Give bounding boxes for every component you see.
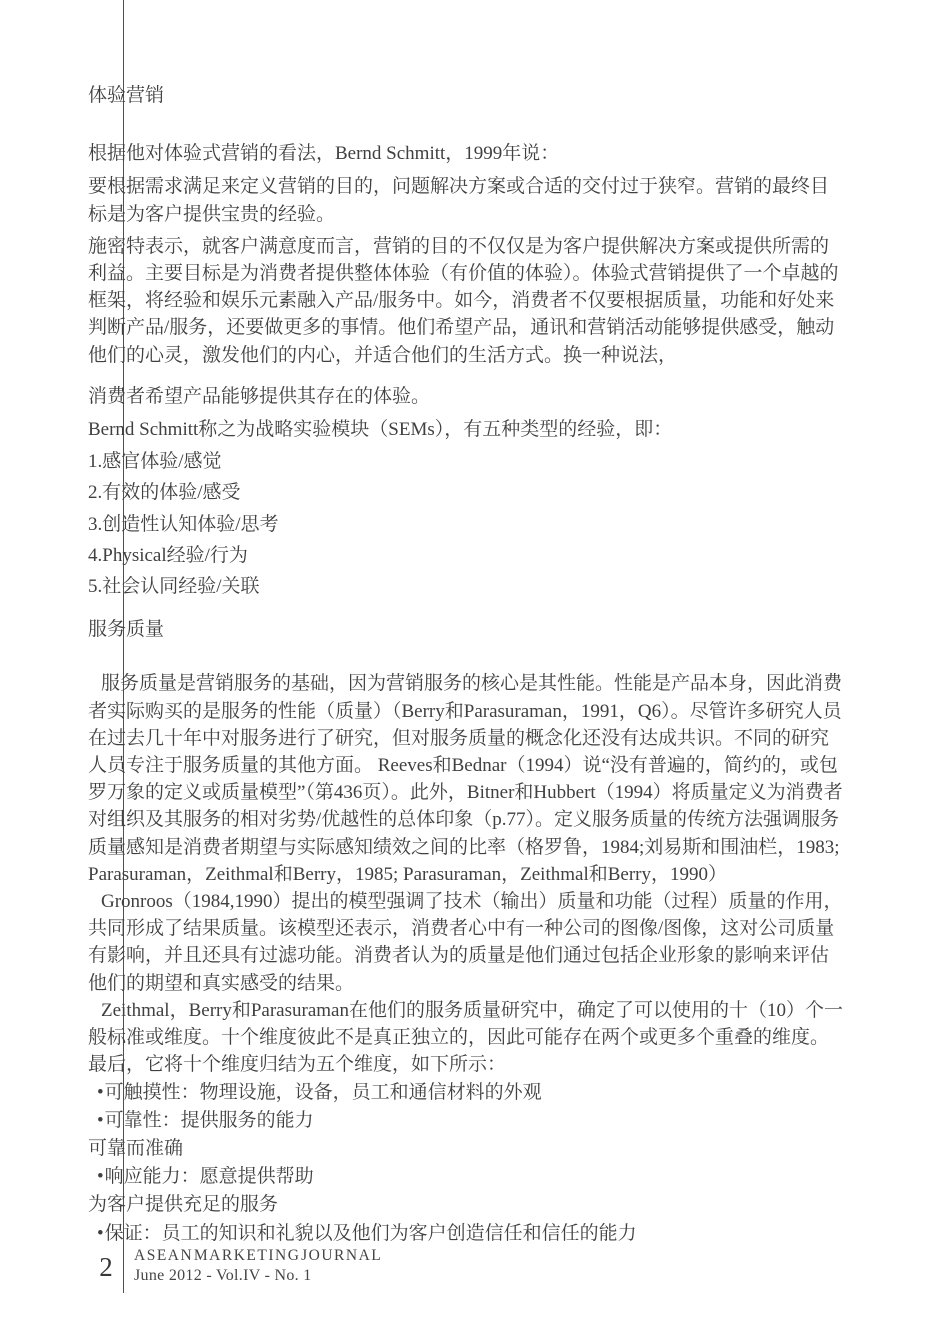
bullet-icon: • <box>97 1110 105 1131</box>
page-body: 体验营销 根据他对体验式营销的看法，Bernd Schmitt，1999年说： … <box>88 82 846 1248</box>
journal-name: ASEAN MARKETING JOURNAL <box>134 1246 382 1266</box>
bullet-item-reliability-continuation: 可靠而准确 <box>88 1135 846 1162</box>
list-item-relate: 5.社会认同经验/关联 <box>88 573 846 600</box>
bullet-item-reliability: •可靠性：提供服务的能力 <box>88 1107 846 1134</box>
bullet-item-tangibles: •可触摸性：物理设施，设备，员工和通信材料的外观 <box>88 1079 846 1106</box>
paragraph-marketing-purpose-quote: 要根据需求满足来定义营销的目的，问题解决方案或合适的交付过于狭窄。营销的最终目标… <box>88 173 846 227</box>
bullet-item-text: 可触摸性：物理设施，设备，员工和通信材料的外观 <box>105 1082 542 1103</box>
section-heading-experiential-marketing: 体验营销 <box>88 82 846 109</box>
paragraph-zeithmal-dimensions: Zeithmal，Berry和Parasuraman在他们的服务质量研究中，确定… <box>88 997 846 1079</box>
bullet-icon: • <box>97 1082 105 1103</box>
list-item-think: 3.创造性认知体验/思考 <box>88 511 846 538</box>
paragraph-experiential-marketing-body: 施密特表示，就客户满意度而言，营销的目的不仅仅是为客户提供解决方案或提供所需的利… <box>88 233 846 369</box>
bullet-item-responsiveness: •响应能力：愿意提供帮助 <box>88 1163 846 1190</box>
dimension-bullet-list: •可触摸性：物理设施，设备，员工和通信材料的外观 •可靠性：提供服务的能力 可靠… <box>88 1079 846 1247</box>
list-item-feel: 2.有效的体验/感受 <box>88 479 846 506</box>
sems-numbered-list: 1.感官体验/感觉 2.有效的体验/感受 3.创造性认知体验/思考 4.Phys… <box>88 448 846 600</box>
page-number: 2 <box>88 1244 124 1282</box>
journal-issue: June 2012 - Vol.IV - No. 1 <box>134 1266 382 1286</box>
paragraph-schmitt-intro: 根据他对体验式营销的看法，Bernd Schmitt，1999年说： <box>88 140 846 167</box>
paragraph-sems-intro: Bernd Schmitt称之为战略实验模块（SEMs），有五种类型的经验，即： <box>88 416 846 443</box>
bullet-item-text: 响应能力：愿意提供帮助 <box>105 1166 314 1187</box>
bullet-icon: • <box>97 1223 105 1244</box>
section-heading-service-quality: 服务质量 <box>88 616 846 643</box>
bullet-item-assurance: •保证：员工的知识和礼貌以及他们为客户创造信任和信任的能力 <box>88 1220 846 1247</box>
list-item-sense: 1.感官体验/感觉 <box>88 448 846 475</box>
paragraph-gronroos-model: Gronroos（1984,1990）提出的模型强调了技术（输出）质量和功能（过… <box>88 888 846 997</box>
journal-info: ASEAN MARKETING JOURNAL June 2012 - Vol.… <box>124 1244 382 1286</box>
bullet-item-text: 可靠而准确 <box>88 1138 183 1159</box>
page-footer: 2 ASEAN MARKETING JOURNAL June 2012 - Vo… <box>88 1244 382 1286</box>
bullet-icon: • <box>97 1166 105 1187</box>
bullet-item-text: 为客户提供充足的服务 <box>88 1194 278 1215</box>
bullet-item-text: 保证：员工的知识和礼貌以及他们为客户创造信任和信任的能力 <box>105 1223 637 1244</box>
paragraph-consumer-expectation: 消费者希望产品能够提供其存在的体验。 <box>88 383 846 410</box>
paragraph-service-quality-basis: 服务质量是营销服务的基础，因为营销服务的核心是其性能。性能是产品本身，因此消费者… <box>88 670 846 888</box>
bullet-item-responsiveness-continuation: 为客户提供充足的服务 <box>88 1191 846 1218</box>
document-page: 体验营销 根据他对体验式营销的看法，Bernd Schmitt，1999年说： … <box>0 0 926 1323</box>
list-item-act: 4.Physical经验/行为 <box>88 542 846 569</box>
bullet-item-text: 可靠性：提供服务的能力 <box>105 1110 314 1131</box>
